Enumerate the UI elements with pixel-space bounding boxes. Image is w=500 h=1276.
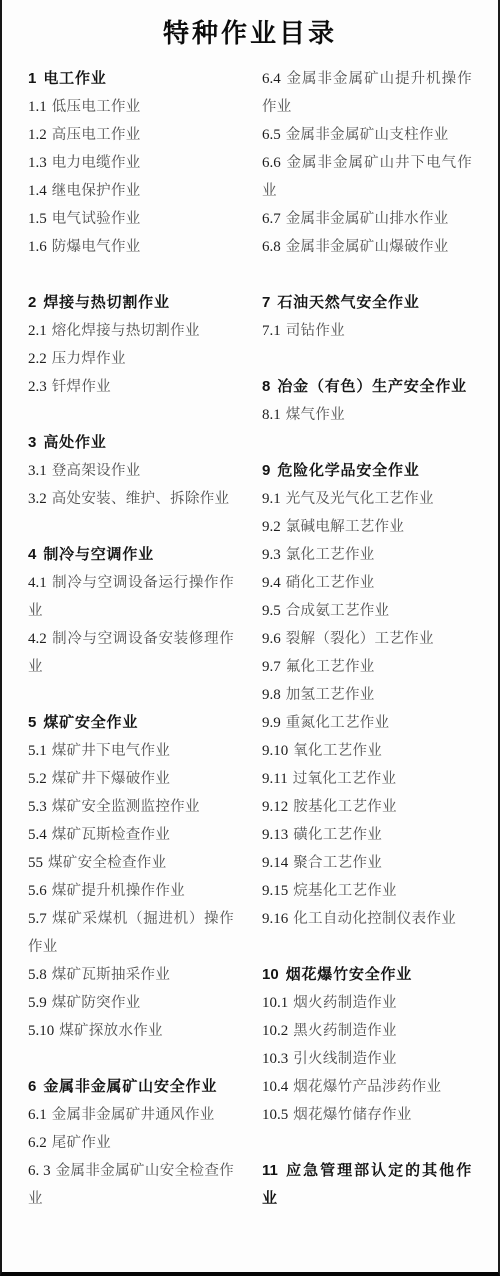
item-number: 4.2: [28, 631, 47, 647]
section-number: 10: [262, 966, 279, 983]
item-text: 煤矿瓦斯检查作业: [52, 827, 170, 843]
catalog-section-block: 6金属非金属矿山安全作业6.1金属非金属矿井通风作业6.2尾矿作业6. 3金属非…: [28, 1073, 234, 1213]
catalog-item: 5.7煤矿采煤机（掘进机）操作作业: [28, 905, 234, 961]
item-number: 5.7: [28, 911, 47, 927]
section-header: 5煤矿安全作业: [28, 709, 234, 737]
item-number: 5.8: [28, 967, 47, 983]
catalog-columns: 1电工作业1.1低压电工作业1.2高压电工作业1.3电力电缆作业1.4继电保护作…: [2, 50, 498, 1213]
item-text: 黑火药制造作业: [293, 1023, 397, 1039]
catalog-item: 6.1金属非金属矿井通风作业: [28, 1101, 234, 1129]
catalog-item: 5.9煤矿防突作业: [28, 989, 234, 1017]
catalog-section-block: 1电工作业1.1低压电工作业1.2高压电工作业1.3电力电缆作业1.4继电保护作…: [28, 65, 234, 261]
catalog-item: 5.10煤矿探放水作业: [28, 1017, 234, 1045]
section-title: 金属非金属矿山安全作业: [43, 1078, 217, 1095]
section-header: 3高处作业: [28, 429, 234, 457]
item-text: 高处安装、维护、拆除作业: [52, 491, 230, 507]
item-text: 过氧化工艺作业: [293, 771, 397, 787]
section-title: 石油天然气安全作业: [277, 294, 419, 311]
item-number: 9.16: [262, 911, 288, 927]
item-text: 电气试验作业: [52, 211, 141, 227]
catalog-item: 9.15烷基化工艺作业: [262, 877, 472, 905]
item-number: 10.4: [262, 1079, 288, 1095]
catalog-item: 5.8煤矿瓦斯抽采作业: [28, 961, 234, 989]
item-text: 氟化工艺作业: [286, 659, 375, 675]
item-text: 金属非金属矿山支柱作业: [286, 127, 449, 143]
item-number: 2.1: [28, 323, 47, 339]
item-text: 金属非金属矿山爆破作业: [286, 239, 449, 255]
catalog-item: 5.2煤矿井下爆破作业: [28, 765, 234, 793]
item-number: 10.3: [262, 1051, 288, 1067]
section-title: 焊接与热切割作业: [43, 294, 169, 311]
catalog-item: 10.2黑火药制造作业: [262, 1017, 472, 1045]
item-text: 钎焊作业: [52, 379, 111, 395]
item-text: 登高架设作业: [52, 463, 141, 479]
catalog-item: 1.4继电保护作业: [28, 177, 234, 205]
item-text: 煤矿安全监测监控作业: [52, 799, 200, 815]
item-text: 压力焊作业: [52, 351, 126, 367]
section-number: 1: [28, 70, 36, 87]
item-number: 5.1: [28, 743, 47, 759]
item-number: 6.6: [262, 155, 281, 171]
item-number: 6.5: [262, 127, 281, 143]
item-text: 氯化工艺作业: [286, 547, 375, 563]
catalog-section-block: 7石油天然气安全作业7.1司钻作业: [262, 289, 472, 345]
item-number: 6.1: [28, 1107, 47, 1123]
item-number: 9.11: [262, 771, 288, 787]
item-text: 化工自动化控制仪表作业: [293, 911, 456, 927]
item-number: 5.2: [28, 771, 47, 787]
catalog-item: 3.2高处安装、维护、拆除作业: [28, 485, 234, 513]
item-number: 9.13: [262, 827, 288, 843]
section-title: 应急管理部认定的其他作业: [262, 1162, 472, 1207]
item-number: 6.7: [262, 211, 281, 227]
item-number: 3.2: [28, 491, 47, 507]
section-header: 11应急管理部认定的其他作业: [262, 1157, 472, 1213]
item-text: 磺化工艺作业: [293, 827, 382, 843]
section-number: 4: [28, 546, 36, 563]
catalog-item: 9.5合成氨工艺作业: [262, 597, 472, 625]
catalog-section-block: 3高处作业3.1登高架设作业3.2高处安装、维护、拆除作业: [28, 429, 234, 513]
item-number: 9.12: [262, 799, 288, 815]
section-number: 3: [28, 434, 36, 451]
item-text: 尾矿作业: [52, 1135, 111, 1151]
item-text: 重氮化工艺作业: [286, 715, 390, 731]
catalog-item: 9.9重氮化工艺作业: [262, 709, 472, 737]
catalog-item: 9.2氯碱电解工艺作业: [262, 513, 472, 541]
catalog-item: 9.13磺化工艺作业: [262, 821, 472, 849]
catalog-item: 9.8加氢工艺作业: [262, 681, 472, 709]
item-text: 司钻作业: [286, 323, 345, 339]
item-text: 电力电缆作业: [52, 155, 141, 171]
item-text: 煤矿提升机操作作业: [52, 883, 185, 899]
item-number: 1.5: [28, 211, 47, 227]
item-text: 煤矿瓦斯抽采作业: [52, 967, 170, 983]
catalog-item: 6.2尾矿作业: [28, 1129, 234, 1157]
catalog-item: 8.1煤气作业: [262, 401, 472, 429]
item-text: 金属非金属矿山井下电气作业: [262, 155, 472, 199]
item-number: 5.3: [28, 799, 47, 815]
item-text: 煤气作业: [286, 407, 345, 423]
item-text: 煤矿井下电气作业: [52, 743, 170, 759]
item-text: 合成氨工艺作业: [286, 603, 390, 619]
item-number: 8.1: [262, 407, 281, 423]
catalog-item: 9.6裂解（裂化）工艺作业: [262, 625, 472, 653]
item-number: 9.15: [262, 883, 288, 899]
catalog-column-right: 6.4金属非金属矿山提升机操作作业6.5金属非金属矿山支柱作业6.6金属非金属矿…: [262, 65, 472, 1213]
item-text: 煤矿井下爆破作业: [52, 771, 170, 787]
item-number: 9.2: [262, 519, 281, 535]
document-page: 特种作业目录 1电工作业1.1低压电工作业1.2高压电工作业1.3电力电缆作业1…: [0, 0, 500, 1276]
item-text: 引火线制造作业: [293, 1051, 397, 1067]
item-number: 5.10: [28, 1023, 54, 1039]
item-number: 6. 3: [28, 1163, 51, 1179]
section-number: 2: [28, 294, 36, 311]
item-text: 制冷与空调设备运行操作作业: [28, 575, 234, 619]
item-text: 金属非金属矿山安全检查作业: [28, 1163, 234, 1207]
item-number: 5.4: [28, 827, 47, 843]
item-number: 6.4: [262, 71, 281, 87]
section-header: 10烟花爆竹安全作业: [262, 961, 472, 989]
item-number: 1.6: [28, 239, 47, 255]
catalog-item: 4.2制冷与空调设备安装修理作业: [28, 625, 234, 681]
catalog-item: 9.1光气及光气化工艺作业: [262, 485, 472, 513]
item-text: 光气及光气化工艺作业: [286, 491, 434, 507]
catalog-section-block: 8冶金（有色）生产安全作业8.1煤气作业: [262, 373, 472, 429]
item-text: 聚合工艺作业: [293, 855, 382, 871]
item-text: 煤矿防突作业: [52, 995, 141, 1011]
item-number: 2.3: [28, 379, 47, 395]
item-text: 熔化焊接与热切割作业: [52, 323, 200, 339]
catalog-item: 10.1烟火药制造作业: [262, 989, 472, 1017]
item-number: 5.9: [28, 995, 47, 1011]
catalog-item: 7.1司钻作业: [262, 317, 472, 345]
catalog-item: 9.12胺基化工艺作业: [262, 793, 472, 821]
item-number: 55: [28, 855, 43, 871]
catalog-item: 1.1低压电工作业: [28, 93, 234, 121]
catalog-item: 1.6防爆电气作业: [28, 233, 234, 261]
section-header: 2焊接与热切割作业: [28, 289, 234, 317]
item-number: 10.5: [262, 1107, 288, 1123]
catalog-item: 10.4烟花爆竹产品涉药作业: [262, 1073, 472, 1101]
catalog-item: 55煤矿安全检查作业: [28, 849, 234, 877]
section-title: 煤矿安全作业: [43, 714, 138, 731]
item-number: 9.5: [262, 603, 281, 619]
section-number: 9: [262, 462, 270, 479]
catalog-item: 3.1登高架设作业: [28, 457, 234, 485]
item-text: 硝化工艺作业: [286, 575, 375, 591]
catalog-item: 5.6煤矿提升机操作作业: [28, 877, 234, 905]
item-text: 继电保护作业: [52, 183, 141, 199]
item-text: 煤矿探放水作业: [59, 1023, 163, 1039]
item-number: 1.4: [28, 183, 47, 199]
catalog-item: 1.2高压电工作业: [28, 121, 234, 149]
item-number: 5.6: [28, 883, 47, 899]
catalog-column-left: 1电工作业1.1低压电工作业1.2高压电工作业1.3电力电缆作业1.4继电保护作…: [28, 65, 234, 1213]
section-header: 9危险化学品安全作业: [262, 457, 472, 485]
item-text: 氧化工艺作业: [293, 743, 382, 759]
item-text: 制冷与空调设备安装修理作业: [28, 631, 234, 675]
item-text: 金属非金属矿井通风作业: [52, 1107, 215, 1123]
section-number: 11: [262, 1162, 278, 1179]
catalog-item: 10.3引火线制造作业: [262, 1045, 472, 1073]
item-text: 烟花爆竹储存作业: [293, 1107, 411, 1123]
item-number: 9.3: [262, 547, 281, 563]
catalog-section-block: 11应急管理部认定的其他作业: [262, 1157, 472, 1213]
item-text: 胺基化工艺作业: [293, 799, 397, 815]
catalog-item: 6.6金属非金属矿山井下电气作业: [262, 149, 472, 205]
item-number: 4.1: [28, 575, 47, 591]
catalog-item: 9.16化工自动化控制仪表作业: [262, 905, 472, 933]
catalog-item: 6. 3金属非金属矿山安全检查作业: [28, 1157, 234, 1213]
item-text: 低压电工作业: [52, 99, 141, 115]
item-number: 3.1: [28, 463, 47, 479]
item-text: 裂解（裂化）工艺作业: [286, 631, 434, 647]
item-number: 6.2: [28, 1135, 47, 1151]
catalog-item: 5.1煤矿井下电气作业: [28, 737, 234, 765]
catalog-item: 2.2压力焊作业: [28, 345, 234, 373]
item-number: 9.8: [262, 687, 281, 703]
item-text: 金属非金属矿山排水作业: [286, 211, 449, 227]
item-text: 高压电工作业: [52, 127, 141, 143]
catalog-section-block: 6.4金属非金属矿山提升机操作作业6.5金属非金属矿山支柱作业6.6金属非金属矿…: [262, 65, 472, 261]
catalog-item: 5.3煤矿安全监测监控作业: [28, 793, 234, 821]
catalog-item: 1.5电气试验作业: [28, 205, 234, 233]
section-title: 危险化学品安全作业: [277, 462, 419, 479]
catalog-item: 2.3钎焊作业: [28, 373, 234, 401]
catalog-item: 9.4硝化工艺作业: [262, 569, 472, 597]
item-number: 9.1: [262, 491, 281, 507]
catalog-item: 10.5烟花爆竹储存作业: [262, 1101, 472, 1129]
item-number: 9.14: [262, 855, 288, 871]
section-title: 烟花爆竹安全作业: [286, 966, 412, 983]
item-number: 9.7: [262, 659, 281, 675]
catalog-item: 6.5金属非金属矿山支柱作业: [262, 121, 472, 149]
item-number: 6.8: [262, 239, 281, 255]
item-number: 9.6: [262, 631, 281, 647]
section-header: 6金属非金属矿山安全作业: [28, 1073, 234, 1101]
catalog-item: 2.1熔化焊接与热切割作业: [28, 317, 234, 345]
item-text: 烷基化工艺作业: [293, 883, 397, 899]
catalog-section-block: 4制冷与空调作业4.1制冷与空调设备运行操作作业4.2制冷与空调设备安装修理作业: [28, 541, 234, 681]
catalog-item: 9.14聚合工艺作业: [262, 849, 472, 877]
catalog-item: 9.3氯化工艺作业: [262, 541, 472, 569]
item-number: 1.3: [28, 155, 47, 171]
item-text: 煤矿采煤机（掘进机）操作作业: [28, 911, 234, 955]
section-title: 制冷与空调作业: [43, 546, 154, 563]
catalog-item: 6.7金属非金属矿山排水作业: [262, 205, 472, 233]
catalog-item: 6.4金属非金属矿山提升机操作作业: [262, 65, 472, 121]
item-text: 加氢工艺作业: [286, 687, 375, 703]
item-text: 烟花爆竹产品涉药作业: [293, 1079, 441, 1095]
item-number: 10.1: [262, 995, 288, 1011]
section-number: 7: [262, 294, 270, 311]
item-text: 烟火药制造作业: [293, 995, 397, 1011]
item-number: 1.1: [28, 99, 47, 115]
item-text: 氯碱电解工艺作业: [286, 519, 404, 535]
item-text: 煤矿安全检查作业: [48, 855, 166, 871]
section-title: 高处作业: [43, 434, 106, 451]
section-title: 电工作业: [43, 70, 106, 87]
catalog-section-block: 10烟花爆竹安全作业10.1烟火药制造作业10.2黑火药制造作业10.3引火线制…: [262, 961, 472, 1129]
page-title: 特种作业目录: [2, 13, 498, 50]
catalog-item: 5.4煤矿瓦斯检查作业: [28, 821, 234, 849]
section-number: 5: [28, 714, 36, 731]
section-header: 4制冷与空调作业: [28, 541, 234, 569]
item-number: 9.9: [262, 715, 281, 731]
item-number: 9.4: [262, 575, 281, 591]
catalog-item: 9.11过氧化工艺作业: [262, 765, 472, 793]
section-title: 冶金（有色）生产安全作业: [277, 378, 467, 395]
catalog-item: 9.10氧化工艺作业: [262, 737, 472, 765]
catalog-section-block: 2焊接与热切割作业2.1熔化焊接与热切割作业2.2压力焊作业2.3钎焊作业: [28, 289, 234, 401]
item-number: 10.2: [262, 1023, 288, 1039]
item-text: 金属非金属矿山提升机操作作业: [262, 71, 472, 115]
item-text: 防爆电气作业: [52, 239, 141, 255]
section-number: 8: [262, 378, 270, 395]
item-number: 2.2: [28, 351, 47, 367]
section-header: 7石油天然气安全作业: [262, 289, 472, 317]
item-number: 7.1: [262, 323, 281, 339]
section-header: 1电工作业: [28, 65, 234, 93]
item-number: 1.2: [28, 127, 47, 143]
section-header: 8冶金（有色）生产安全作业: [262, 373, 472, 401]
catalog-section-block: 9危险化学品安全作业9.1光气及光气化工艺作业9.2氯碱电解工艺作业9.3氯化工…: [262, 457, 472, 933]
catalog-item: 9.7氟化工艺作业: [262, 653, 472, 681]
item-number: 9.10: [262, 743, 288, 759]
catalog-item: 6.8金属非金属矿山爆破作业: [262, 233, 472, 261]
catalog-section-block: 5煤矿安全作业5.1煤矿井下电气作业5.2煤矿井下爆破作业5.3煤矿安全监测监控…: [28, 709, 234, 1045]
catalog-item: 4.1制冷与空调设备运行操作作业: [28, 569, 234, 625]
catalog-item: 1.3电力电缆作业: [28, 149, 234, 177]
section-number: 6: [28, 1078, 36, 1095]
